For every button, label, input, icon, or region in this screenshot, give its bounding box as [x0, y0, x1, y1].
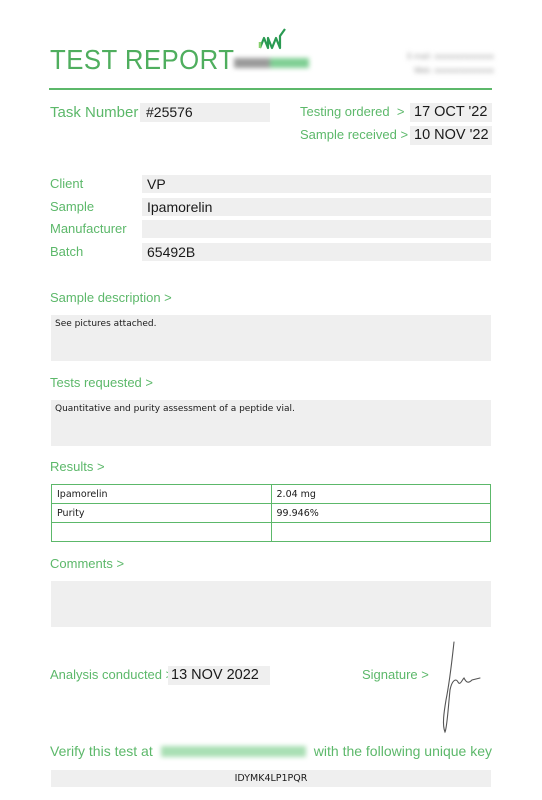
- testing-ordered-label: Testing ordered >: [300, 104, 404, 119]
- tests-requested-box: Quantitative and purity assessment of a …: [51, 400, 491, 446]
- manufacturer-label: Manufacturer: [50, 221, 127, 236]
- results-table: Ipamorelin 2.04 mg Purity 99.946%: [51, 484, 491, 542]
- sample-description-box: See pictures attached.: [51, 315, 491, 361]
- comments-box: [51, 581, 491, 627]
- batch-field: 65492B: [142, 243, 491, 261]
- verify-line: Verify this test at with the following u…: [50, 743, 492, 759]
- analysis-conducted-label: Analysis conducted >: [50, 667, 173, 682]
- verify-url-link[interactable]: [161, 746, 306, 757]
- testing-ordered-field: 17 OCT '22: [410, 103, 492, 122]
- bar-chart-trend-icon: [255, 26, 315, 76]
- signature-label: Signature >: [362, 667, 429, 682]
- result-analyte: Ipamorelin: [52, 485, 272, 504]
- results-label: Results >: [50, 459, 105, 474]
- signature-image: [432, 640, 482, 735]
- report-title: TEST REPORT: [50, 44, 234, 76]
- contact-web: Web: xxxxxxxxxxxxxx: [376, 64, 494, 78]
- result-analyte: [52, 523, 272, 542]
- unique-key-field: IDYMK4LP1PQR: [51, 770, 491, 787]
- result-value: [271, 523, 491, 542]
- contact-info: E-mail: xxxxxxxxxxxxxx Web: xxxxxxxxxxxx…: [376, 50, 494, 78]
- sample-field: Ipamorelin: [142, 198, 491, 216]
- manufacturer-field: [142, 220, 491, 238]
- table-row: Purity 99.946%: [52, 504, 491, 523]
- sample-label: Sample: [50, 199, 94, 214]
- verify-prefix: Verify this test at: [50, 743, 157, 759]
- sample-received-label: Sample received >: [300, 127, 408, 142]
- analysis-conducted-field: 13 NOV 2022: [168, 666, 270, 685]
- tests-requested-label: Tests requested >: [50, 375, 153, 390]
- result-analyte: Purity: [52, 504, 272, 523]
- header-divider: [49, 88, 492, 90]
- task-number-field: #25576: [140, 103, 270, 122]
- comments-label: Comments >: [50, 556, 124, 571]
- client-label: Client: [50, 176, 83, 191]
- batch-label: Batch: [50, 244, 83, 259]
- result-value: 2.04 mg: [271, 485, 491, 504]
- result-value: 99.946%: [271, 504, 491, 523]
- table-row: Ipamorelin 2.04 mg: [52, 485, 491, 504]
- client-field: VP: [142, 175, 491, 193]
- company-logo-text: [234, 58, 309, 68]
- sample-description-label: Sample description >: [50, 290, 172, 305]
- sample-received-field: 10 NOV '22: [410, 126, 492, 145]
- verify-suffix: with the following unique key: [310, 743, 492, 759]
- task-number-label: Task Number: [50, 104, 138, 121]
- table-row: [52, 523, 491, 542]
- contact-email: E-mail: xxxxxxxxxxxxxx: [376, 50, 494, 64]
